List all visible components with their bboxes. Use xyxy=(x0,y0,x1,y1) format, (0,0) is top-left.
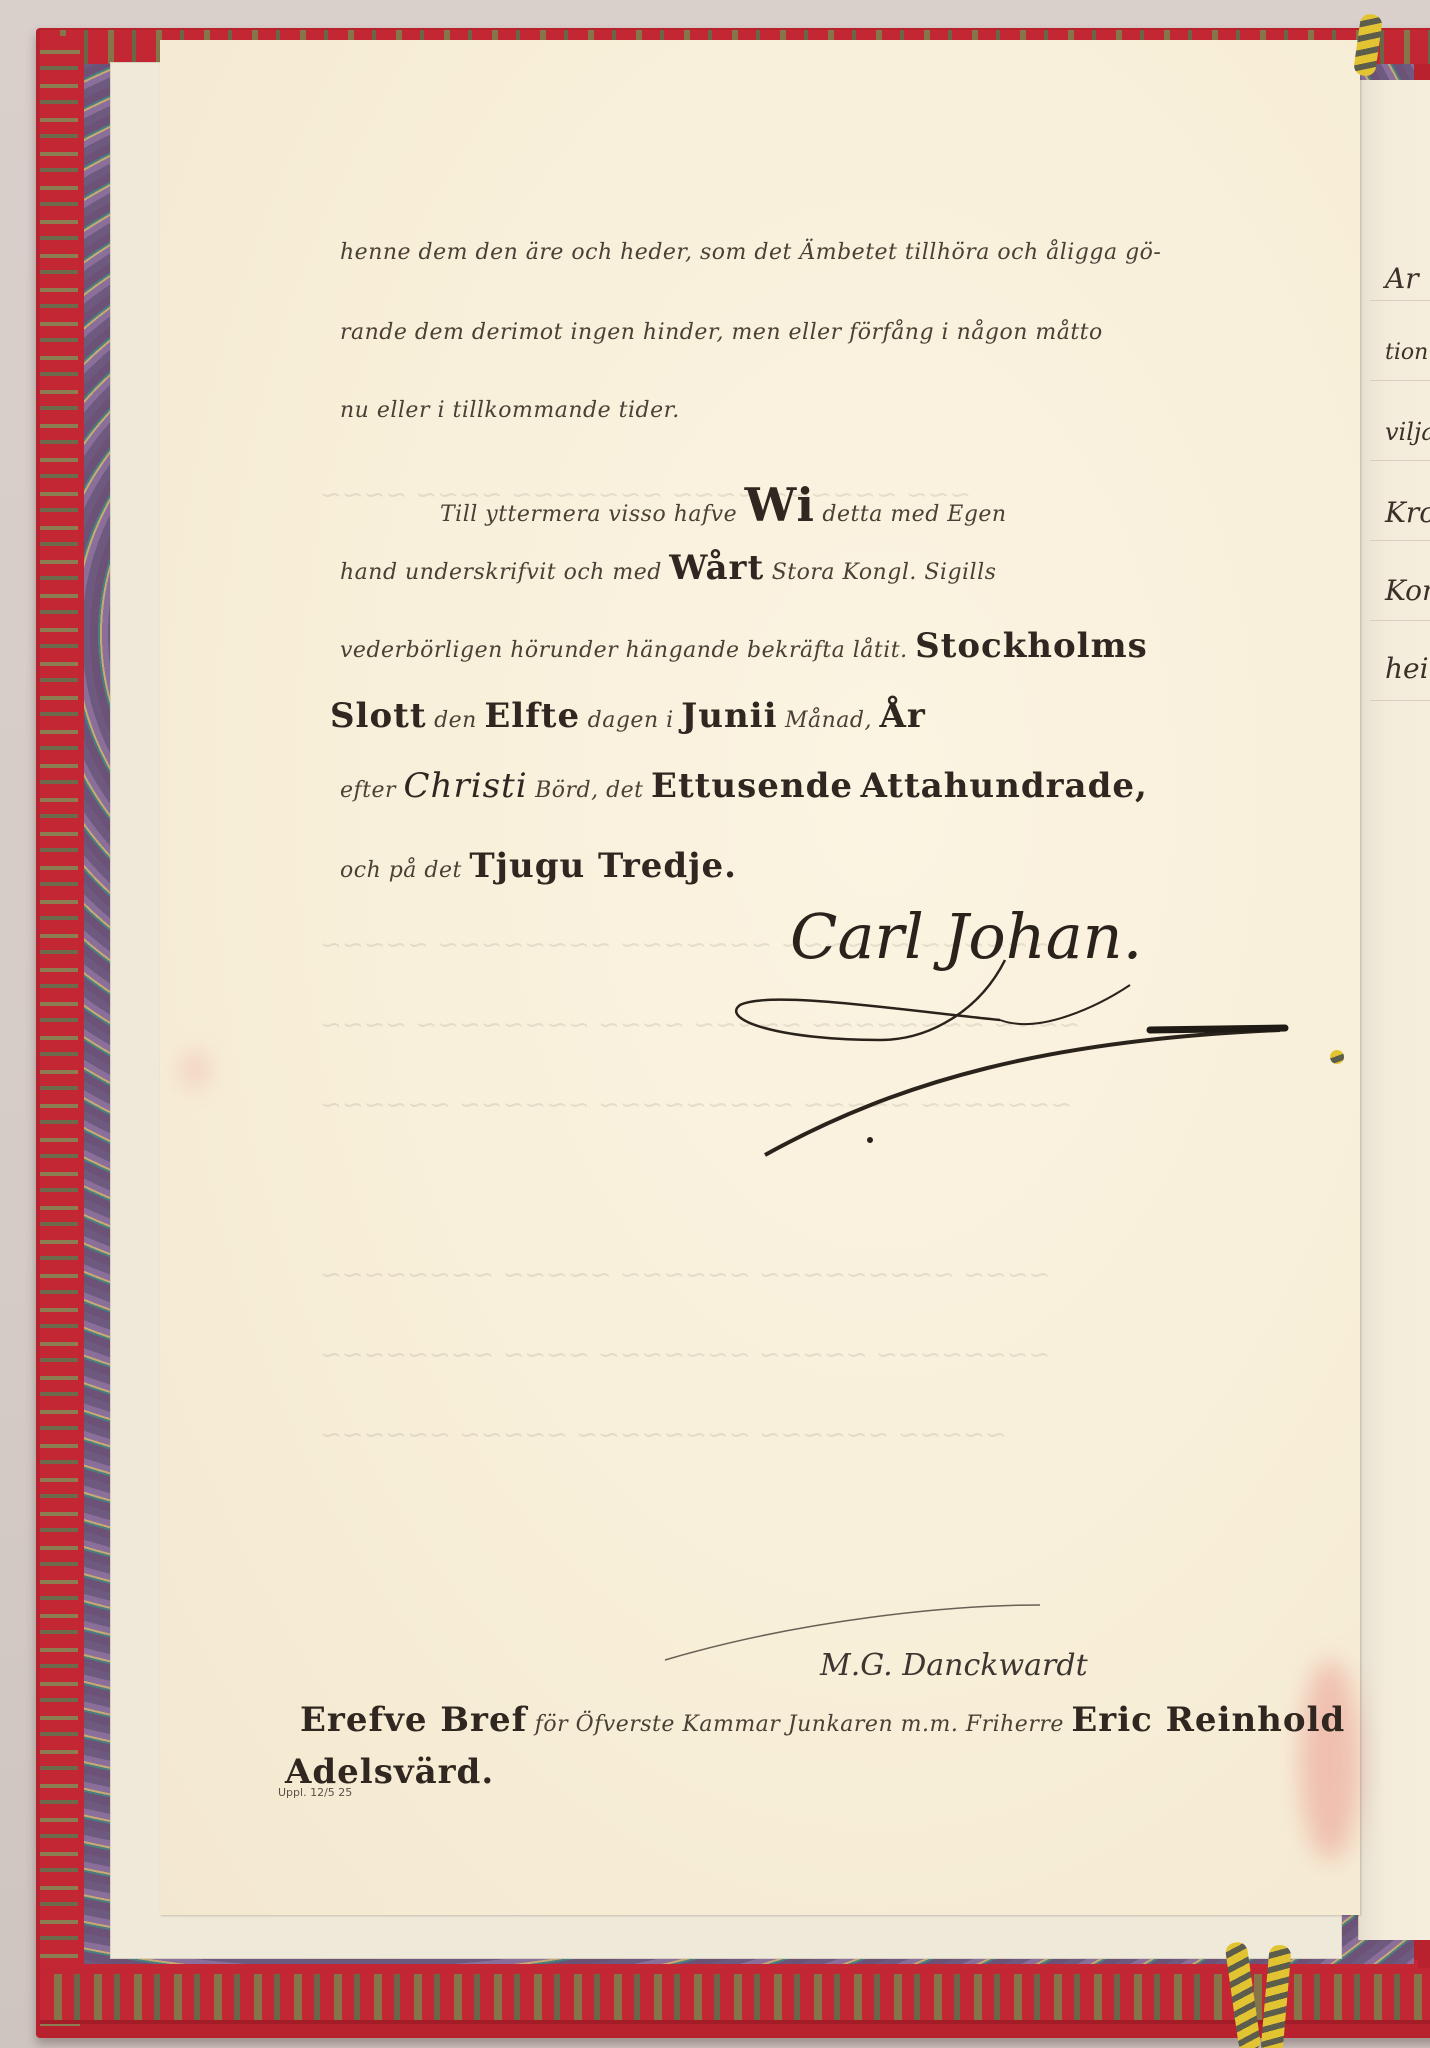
registry-note: Uppl. 12/5 25 xyxy=(278,1786,352,1799)
text: för Öfverste Kammar Junkaren m.m. Friher… xyxy=(535,1712,1064,1737)
signature-flourish xyxy=(0,0,1430,2048)
footer-line-1: Erefve Bref för Öfverste Kammar Junkaren… xyxy=(300,1700,1345,1740)
document-type: Erefve Bref xyxy=(300,1700,527,1740)
countersignature: M.G. Danckwardt xyxy=(820,1648,1088,1683)
bookmark-cord-knot xyxy=(1330,1050,1344,1064)
recipient-name: Eric Reinhold xyxy=(1071,1700,1345,1740)
